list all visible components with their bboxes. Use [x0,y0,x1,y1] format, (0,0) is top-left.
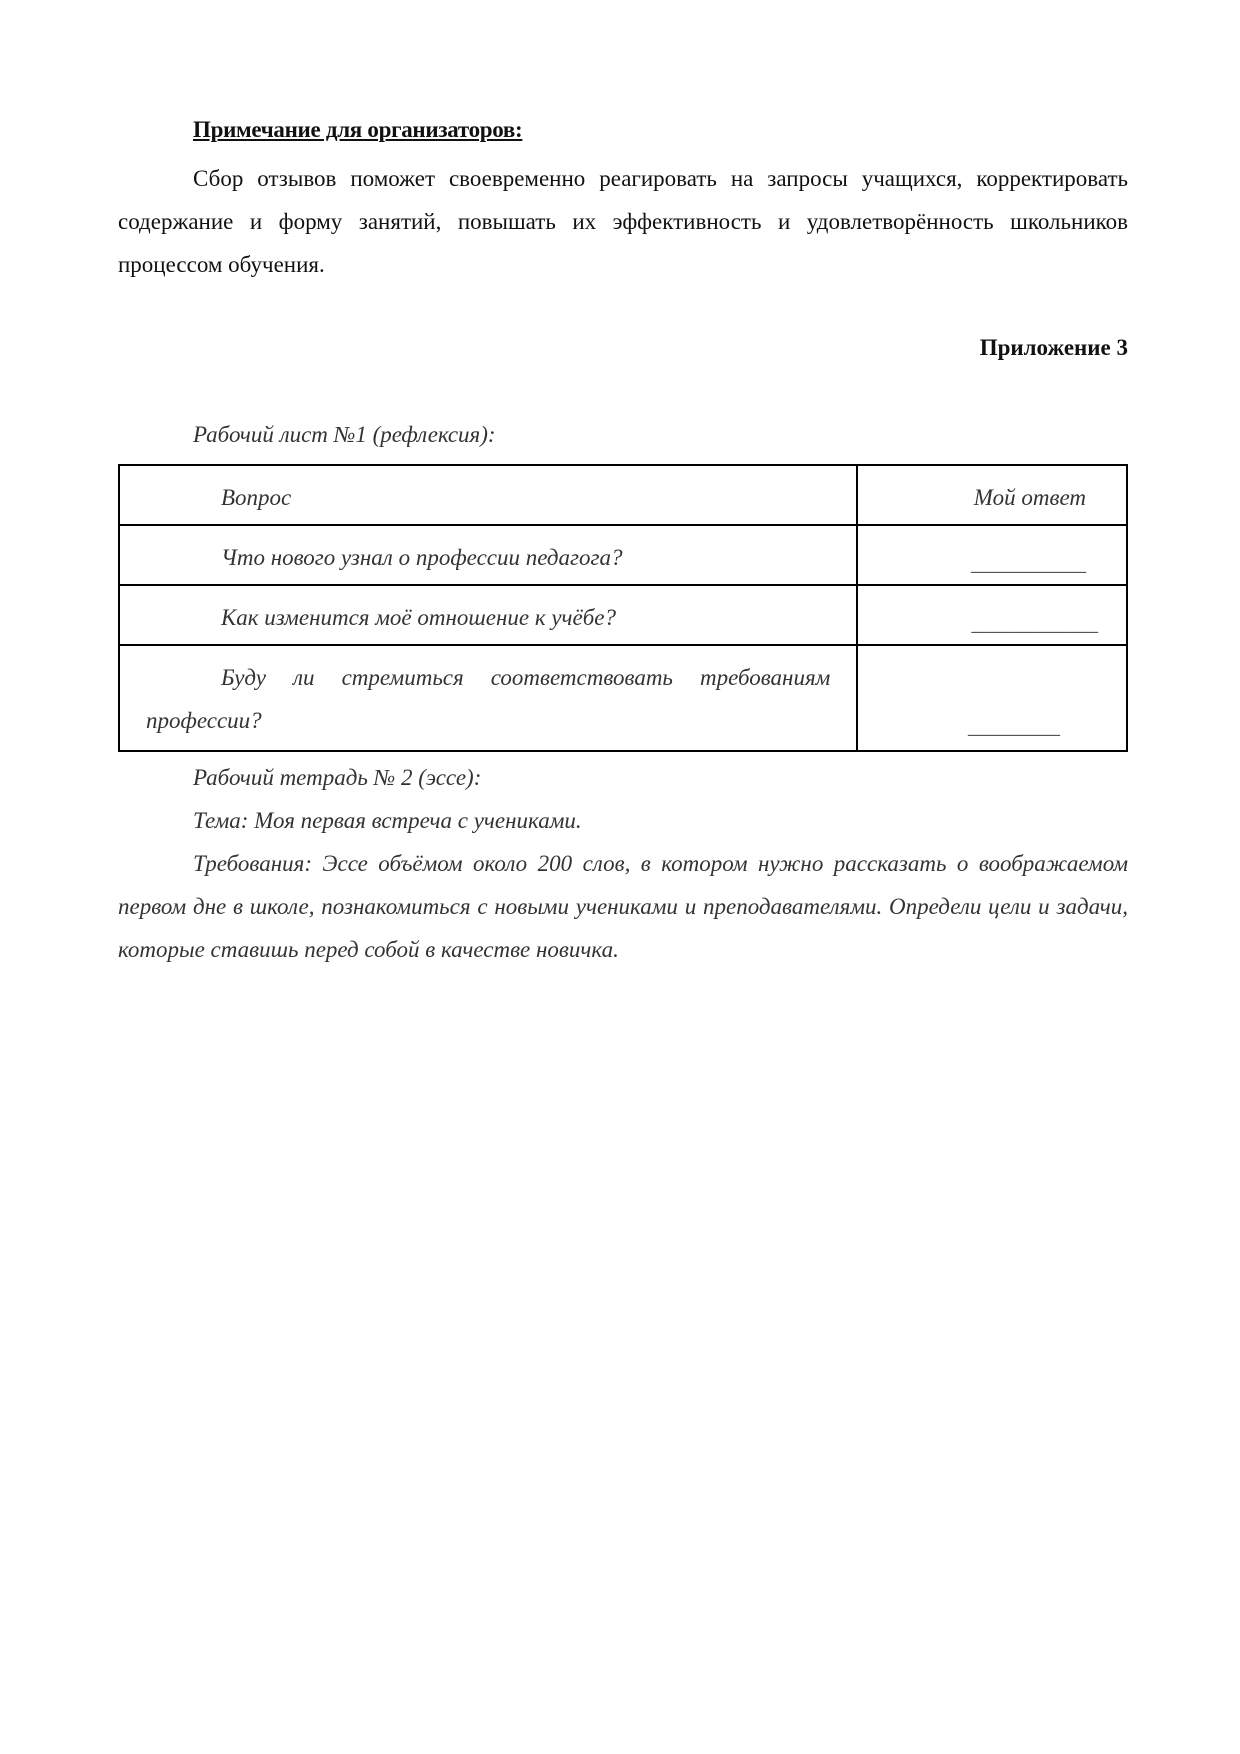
essay-requirements: Требования: Эссе объёмом около 200 слов,… [118,842,1128,971]
organizer-note-heading: Примечание для организаторов: [193,116,522,144]
question-text: Буду ли стремиться соответствовать требо… [120,646,856,750]
header-question: Вопрос [120,466,856,524]
header-answer: Мой ответ [858,466,1126,519]
essay-section: Рабочий тетрадь № 2 (эссе): Тема: Моя пе… [118,756,1128,971]
essay-topic: Тема: Моя первая встреча с учениками. [118,799,1128,842]
appendix-title: Приложение 3 [980,334,1128,362]
table-row: Что нового узнал о профессии педагога? _… [119,525,1127,585]
question-text: Как изменится моё отношение к учёбе? [120,586,856,644]
answer-blank[interactable]: __________ [858,526,1126,584]
table-row: Буду ли стремиться соответствовать требо… [119,645,1127,751]
question-text: Что нового узнал о профессии педагога? [120,526,856,584]
worksheet2-title: Рабочий тетрадь № 2 (эссе): [118,756,1128,799]
reflection-table: Вопрос Мой ответ Что нового узнал о проф… [118,464,1128,752]
answer-blank[interactable]: ________ [858,646,1126,747]
table-row: Как изменится моё отношение к учёбе? ___… [119,585,1127,645]
worksheet1-title: Рабочий лист №1 (рефлексия): [193,421,496,449]
table-header-row: Вопрос Мой ответ [119,465,1127,525]
organizer-note-body: Сбор отзывов поможет своевременно реагир… [118,157,1128,286]
answer-blank[interactable]: ___________ [858,586,1126,644]
organizer-note-text: Сбор отзывов поможет своевременно реагир… [118,157,1128,286]
